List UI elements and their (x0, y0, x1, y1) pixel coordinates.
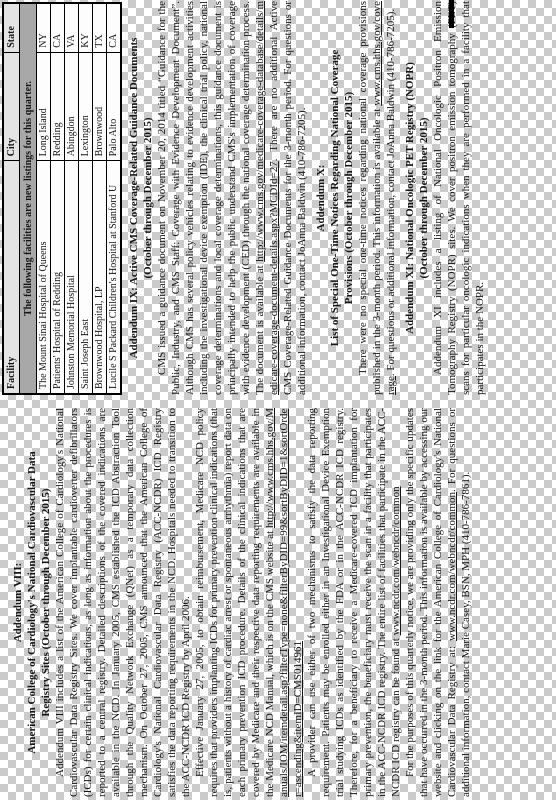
addendum-viii-column: Addendum VIII: American College of Cardi… (11, 408, 473, 797)
right-column: Facility City State The following facili… (2, 1, 487, 395)
facility-cell: The Mount Sinai Hospital of Queens (37, 161, 51, 394)
addendum-viii-paragraph: For the purposes of this quarterly notic… (403, 408, 473, 797)
state-cell: TX (93, 3, 107, 52)
body-text: A provider can use either of two mechani… (306, 408, 402, 797)
addendum-x-heading-line: List of Special One-Time Notices Regardi… (328, 1, 342, 395)
table-row: Lucile S Packard Children's Hospital at … (107, 3, 122, 394)
facility-column-header: Facility (3, 161, 20, 394)
addendum-viii-heading-line: Addendum VIII: (11, 408, 25, 797)
table-row: Brownwood Hospital, LPBrownwoodTX (93, 3, 107, 394)
addendum-x-section: Addendum X: List of Special One-Time Not… (314, 1, 398, 395)
city-cell: Long Island (37, 52, 51, 161)
addendum-xi-section: Addendum XI: National Oncologic PET Regi… (403, 1, 487, 395)
new-facilities-table: Facility City State The following facili… (2, 2, 122, 395)
state-column-header: State (3, 3, 20, 52)
addendum-xi-paragraph: Addendum XI includes a listing of Nation… (431, 1, 487, 395)
addendum-ix-paragraph: CMS issued a guidance document on Novemb… (155, 1, 309, 395)
addendum-xi-heading-line: (October through December 2015) (417, 1, 431, 395)
city-cell: Lexington (79, 52, 93, 161)
facility-cell: Patients' Hospital of Redding (51, 161, 65, 394)
city-cell: Brownwood (93, 52, 107, 161)
addendum-viii-heading-line: Registry Sites (October through December… (39, 408, 53, 797)
table-row: The Mount Sinai Hospital of QueensLong I… (37, 3, 51, 394)
facility-cell: Johnston Memorial Hospital (65, 161, 79, 394)
addendum-ix-heading-line: Addendum IX: Active CMS Coverage-Related… (127, 1, 141, 395)
state-cell: NY (37, 3, 51, 52)
city-column-header: City (3, 52, 20, 161)
addendum-x-heading-line: Provisions (October through December 201… (342, 1, 356, 395)
table-row: Johnston Memorial HospitalAbingdonVA (65, 3, 79, 394)
addendum-viii-paragraph: A provider can use either of two mechani… (305, 408, 403, 797)
addendum-ix-heading-line: (October through December 2015) (141, 1, 155, 395)
addendum-viii-paragraph: Addendum VIII includes a list of the Ame… (53, 408, 193, 797)
addendum-viii-heading-line: American College of Cardiology's Nationa… (25, 408, 39, 797)
facility-cell: Lucile S Packard Children's Hospital at … (107, 161, 122, 394)
state-cell: CA (51, 3, 65, 52)
city-cell: Redding (51, 52, 65, 161)
url-text: www.ncdr.com/webncdr/common (390, 486, 402, 635)
table-header-row: Facility City State (3, 3, 20, 394)
body-text: Addendum VIII includes a list of the Ame… (54, 408, 192, 797)
url-text: www.ncdr.com/webncdr/common (446, 492, 458, 641)
city-cell: Abingdon (65, 52, 79, 161)
body-text: CMS issued a guidance document on Novemb… (156, 1, 266, 395)
addendum-xi-heading-line: Addendum XI: National Oncologic PET Regi… (403, 1, 417, 395)
state-cell: CA (107, 3, 122, 52)
addendum-ix-section: Addendum IX: Active CMS Coverage-Related… (127, 1, 309, 395)
body-text: . For questions or additional informatio… (385, 9, 397, 376)
table-row: Patients' Hospital of ReddingReddingCA (51, 3, 65, 394)
facility-cell: Saint Joseph East (79, 161, 93, 394)
scan-artifact-bar (449, 0, 454, 28)
state-cell: KY (79, 3, 93, 52)
table-row: Saint Joseph EastLexingtonKY (79, 3, 93, 394)
city-cell: Palo Alto (107, 52, 122, 161)
state-cell: VA (65, 3, 79, 52)
new-listings-note-row: The following facilities are new listing… (20, 3, 37, 394)
addendum-x-paragraph: There were no special one-time notices r… (356, 1, 398, 395)
addendum-viii-paragraph: Effective January 27, 2005, to obtain re… (193, 408, 305, 797)
scanned-notice-page: Addendum VIII: American College of Cardi… (0, 0, 556, 800)
body-text: Addendum XI includes a listing of Nation… (432, 1, 486, 395)
new-listings-note: The following facilities are new listing… (20, 3, 37, 394)
facility-cell: Brownwood Hospital, LP (93, 161, 107, 394)
transparent-checkerboard-background: Addendum VIII: American College of Cardi… (0, 0, 556, 800)
addendum-x-heading-line: Addendum X: (314, 1, 328, 395)
